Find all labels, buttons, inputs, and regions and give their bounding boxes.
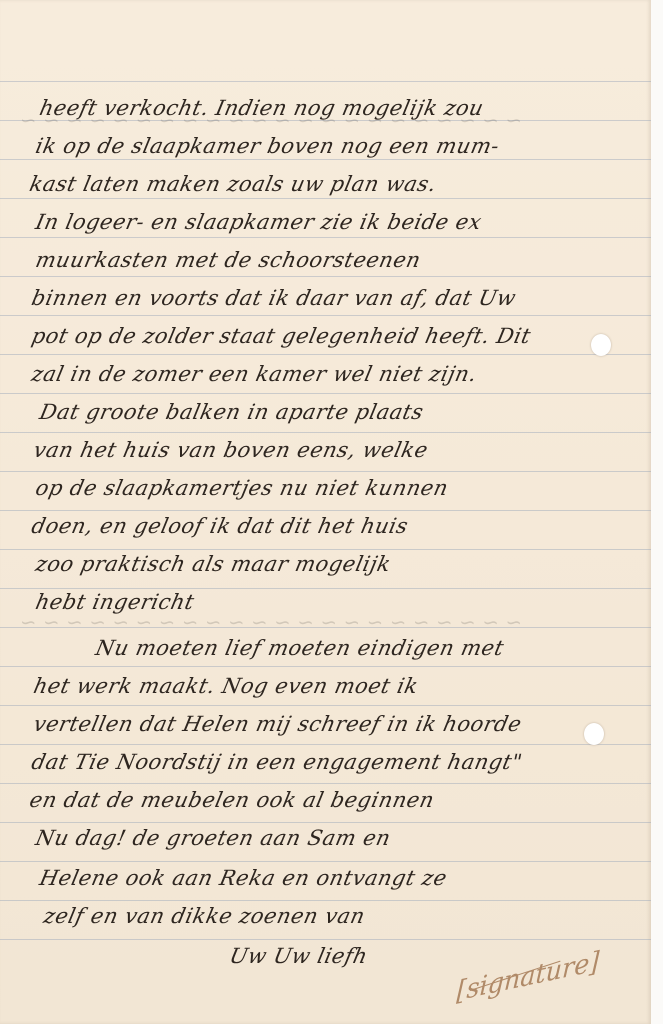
ruled-line — [0, 315, 651, 316]
letter-line: In logeer- en slaapkamer zie ik beide ex — [33, 210, 483, 234]
letter-line: het werk maakt. Nog even moet ik — [31, 674, 420, 698]
ruled-line — [0, 510, 651, 511]
ruled-line — [0, 666, 651, 667]
ruled-line — [0, 471, 651, 472]
ruled-line — [0, 432, 651, 433]
ruled-line — [0, 198, 651, 199]
ruled-line — [0, 822, 651, 823]
ruled-line — [0, 744, 651, 745]
ruled-line — [0, 159, 651, 160]
punch-hole — [591, 334, 611, 356]
signature: [signature] — [456, 946, 600, 1007]
ruled-line — [0, 237, 651, 238]
letter-line: van het huis van boven eens, welke — [31, 438, 430, 462]
letter-line: zoo praktisch als maar mogelijk — [33, 552, 393, 576]
letter-line: dat Tie Noordstij in een engagement hang… — [29, 750, 524, 774]
ruled-line — [0, 354, 651, 355]
letter-line: doen, en geloof ik dat dit het huis — [29, 514, 410, 538]
letter-line: hebt ingericht — [33, 590, 196, 614]
ruled-line — [0, 549, 651, 550]
letter-line: zal in de zomer een kamer wel niet zijn. — [29, 362, 479, 386]
letter-line: vertellen dat Helen mij schreef in ik ho… — [31, 712, 524, 736]
ruled-line — [0, 900, 651, 901]
ruled-line — [0, 393, 651, 394]
ruled-line — [0, 939, 651, 940]
ruled-line — [0, 705, 651, 706]
letter-line: Dat groote balken in aparte plaats — [37, 400, 425, 424]
ruled-line — [0, 276, 651, 277]
punch-hole — [584, 723, 604, 745]
ruled-line — [0, 861, 651, 862]
letter-line: en dat de meubelen ook al beginnen — [27, 788, 436, 812]
letter-line: heeft verkocht. Indien nog mogelijk zou — [37, 96, 486, 120]
letter-line: Nu moeten lief moeten eindigen met — [93, 636, 506, 660]
ruled-line — [0, 783, 651, 784]
letter-page: ~ ~ ~ ~ ~ ~ ~ ~ ~ ~ ~ ~ ~ ~ ~ ~ ~ ~ ~ ~ … — [0, 0, 651, 1024]
letter-line: zelf en van dikke zoenen van — [41, 904, 367, 928]
letter-line: ik op de slaapkamer boven nog een mum- — [33, 134, 501, 158]
letter-line: Nu dag! de groeten aan Sam en — [33, 826, 393, 850]
letter-line: kast laten maken zoals uw plan was. — [27, 172, 438, 196]
ruled-line — [0, 588, 651, 589]
scan-edge — [651, 0, 663, 1024]
letter-line: binnen en voorts dat ik daar van af, dat… — [29, 286, 518, 310]
letter-line: Helene ook aan Reka en ontvangt ze — [37, 866, 449, 890]
closing-line: Uw Uw liefh — [227, 944, 369, 968]
ruled-line — [0, 81, 651, 82]
letter-line: op de slaapkamertjes nu niet kunnen — [33, 476, 450, 500]
letter-line: pot op de zolder staat gelegenheid heeft… — [29, 324, 533, 348]
letter-line: muurkasten met de schoorsteenen — [33, 248, 423, 272]
